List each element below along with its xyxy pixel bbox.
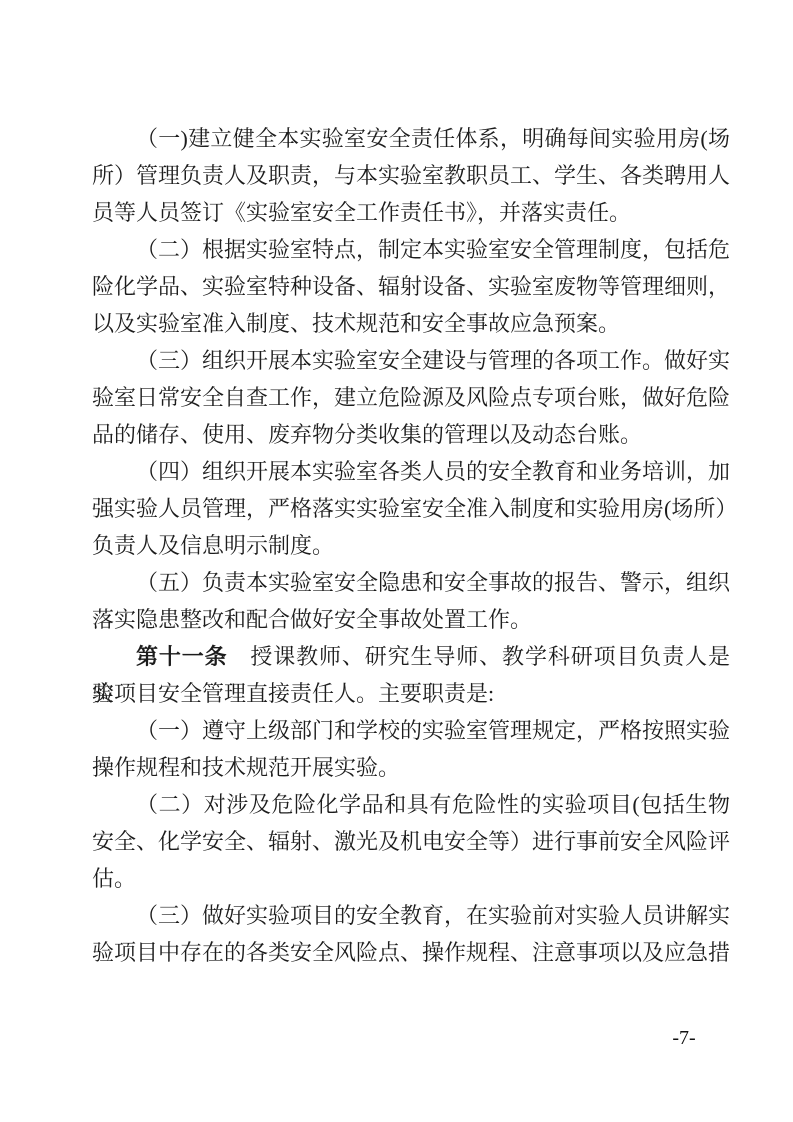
document-page: （一)建立健全本实验室安全责任体系，明确每间实验用房(场所）管理负责人及职责，与… [0, 0, 793, 1122]
document-body: （一)建立健全本实验室安全责任体系，明确每间实验用房(场所）管理负责人及职责，与… [92, 120, 730, 971]
text-line-content: 险化学品、实验室特种设备、辐射设备、实验室废物等管理细则， [92, 274, 730, 299]
text-line: （一）遵守上级部门和学校的实验室管理规定，严格按照实验 [92, 712, 730, 749]
text-line: 第十一条 授课教师、研究生导师、教学科研项目负责人是实 [92, 638, 730, 675]
text-line: 估。 [92, 860, 730, 897]
text-line: （二）对涉及危险化学品和具有危险性的实验项目(包括生物 [92, 786, 730, 823]
text-line-content: （五）负责本实验室安全隐患和安全事故的报告、警示，组织 [136, 570, 730, 595]
text-line-content: （四）组织开展本实验室各类人员的安全教育和业务培训，加 [136, 459, 730, 484]
text-line-content: （一)建立健全本实验室安全责任体系，明确每间实验用房(场 [136, 126, 730, 151]
text-line-content: （二）根据实验室特点，制定本实验室安全管理制度，包括危 [136, 237, 730, 262]
text-line-content: （二）对涉及危险化学品和具有危险性的实验项目(包括生物 [136, 792, 730, 817]
text-line: 验室日常安全自查工作，建立危险源及风险点专项台账，做好危险 [92, 379, 730, 416]
text-line-content: （三）做好实验项目的安全教育，在实验前对实验人员讲解实 [136, 903, 730, 928]
text-line: （三）做好实验项目的安全教育，在实验前对实验人员讲解实 [92, 897, 730, 934]
text-line: 强实验人员管理，严格落实实验室安全准入制度和实验用房(场所） [92, 490, 730, 527]
text-line-content: 安全、化学安全、辐射、激光及机电安全等）进行事前安全风险评 [92, 829, 730, 854]
text-line: 所）管理负责人及职责，与本实验室教职员工、学生、各类聘用人 [92, 157, 730, 194]
text-line: 落实隐患整改和配合做好安全事故处置工作。 [92, 601, 730, 638]
text-line: （四）组织开展本实验室各类人员的安全教育和业务培训，加 [92, 453, 730, 490]
text-line: 安全、化学安全、辐射、激光及机电安全等）进行事前安全风险评 [92, 823, 730, 860]
text-line: 品的储存、使用、废弃物分类收集的管理以及动态台账。 [92, 416, 730, 453]
text-line-content: 所）管理负责人及职责，与本实验室教职员工、学生、各类聘用人 [92, 163, 730, 188]
text-line: 验项目安全管理直接责任人。主要职责是: [92, 675, 730, 712]
text-line: （一)建立健全本实验室安全责任体系，明确每间实验用房(场 [92, 120, 730, 157]
text-line-content: 品的储存、使用、废弃物分类收集的管理以及动态台账。 [92, 422, 642, 447]
text-line-content: （三）组织开展本实验室安全建设与管理的各项工作。做好实 [136, 348, 730, 373]
text-line: （五）负责本实验室安全隐患和安全事故的报告、警示，组织 [92, 564, 730, 601]
text-line: 验项目中存在的各类安全风险点、操作规程、注意事项以及应急措 [92, 934, 730, 971]
text-line-content: 操作规程和技术规范开展实验。 [92, 755, 400, 780]
text-line-content: 落实隐患整改和配合做好安全事故处置工作。 [92, 607, 532, 632]
page-number: -7- [652, 1026, 716, 1050]
text-line: （三）组织开展本实验室安全建设与管理的各项工作。做好实 [92, 342, 730, 379]
text-line-content: 强实验人员管理，严格落实实验室安全准入制度和实验用房(场所） [92, 496, 737, 521]
text-line-content: 以及实验室准入制度、技术规范和安全事故应急预案。 [92, 311, 620, 336]
text-line-content: 验项目中存在的各类安全风险点、操作规程、注意事项以及应急措 [92, 940, 730, 965]
text-line-content: （一）遵守上级部门和学校的实验室管理规定，严格按照实验 [136, 718, 730, 743]
text-line: 员等人员签订《实验室安全工作责任书》，并落实责任。 [92, 194, 730, 231]
text-line-content: 员等人员签订《实验室安全工作责任书》，并落实责任。 [92, 200, 631, 225]
text-line-content: 验室日常安全自查工作，建立危险源及风险点专项台账，做好危险 [92, 385, 730, 410]
text-line: 险化学品、实验室特种设备、辐射设备、实验室废物等管理细则， [92, 268, 730, 305]
text-line: （二）根据实验室特点，制定本实验室安全管理制度，包括危 [92, 231, 730, 268]
text-line-content: 验项目安全管理直接责任人。主要职责是: [92, 681, 494, 706]
article-heading: 第十一条 [136, 644, 228, 669]
text-line: 操作规程和技术规范开展实验。 [92, 749, 730, 786]
text-line: 以及实验室准入制度、技术规范和安全事故应急预案。 [92, 305, 730, 342]
text-line: 负责人及信息明示制度。 [92, 527, 730, 564]
text-line-content: 负责人及信息明示制度。 [92, 533, 334, 558]
text-line-content: 估。 [92, 866, 136, 891]
